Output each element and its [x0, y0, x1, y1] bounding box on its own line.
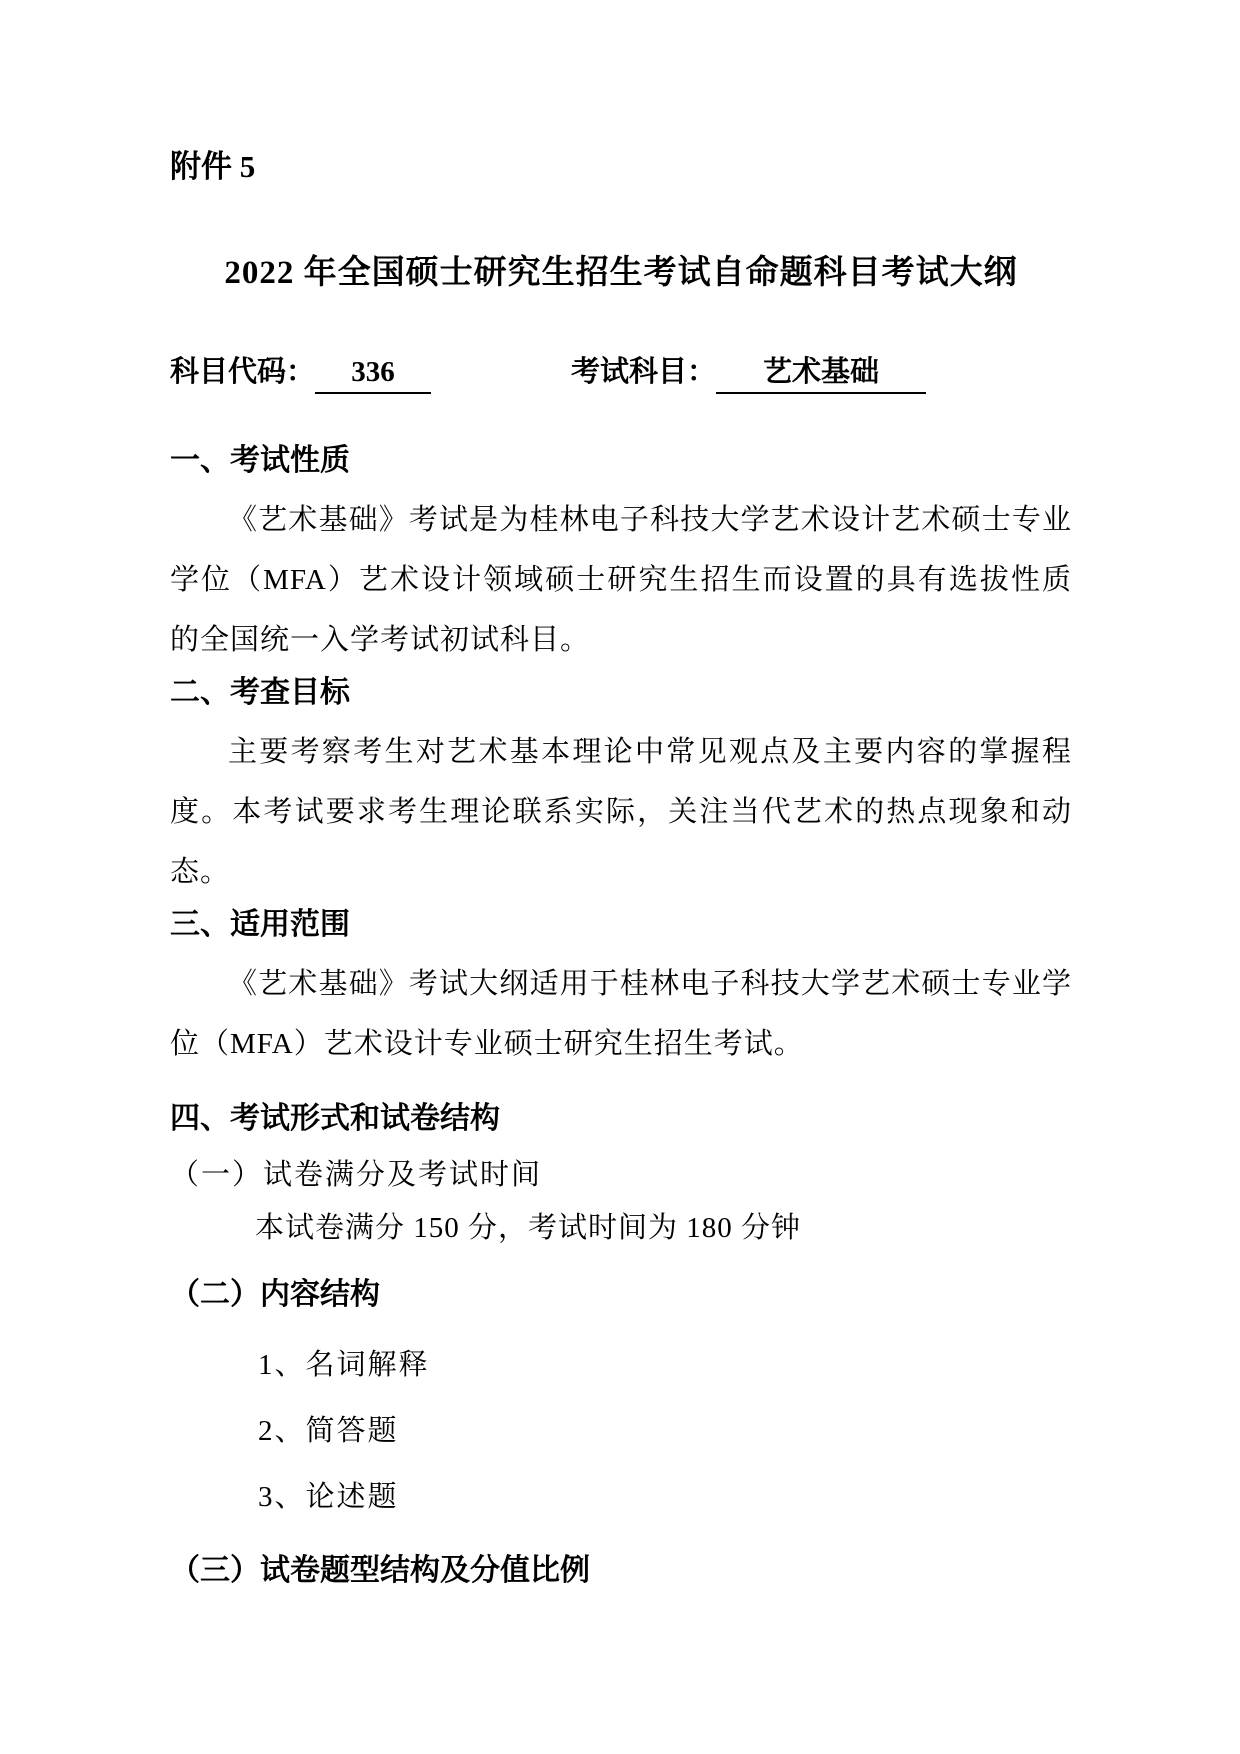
section-scope: 三、适用范围 《艺术基础》考试大纲适用于桂林电子科技大学艺术硕士专业学位（MFA…: [170, 902, 1072, 1074]
subject-code-value: 336: [315, 352, 431, 394]
document-page: 附件 5 2022 年全国硕士研究生招生考试自命题科目考试大纲 科目代码： 33…: [0, 0, 1240, 1754]
subsection-heading-content-structure: （二）内容结构: [170, 1272, 1072, 1318]
section-exam-objectives: 二、考查目标 主要考察考生对艺术基本理论中常见观点及主要内容的掌握程度。本考试要…: [170, 670, 1072, 902]
exam-subject-label: 考试科目：: [571, 350, 716, 394]
exam-subject-field: 考试科目： 艺术基础: [571, 350, 926, 394]
section-heading-1: 一、考试性质: [170, 438, 1072, 484]
list-item: 3、论述题: [170, 1464, 1072, 1530]
attachment-label: 附件 5: [170, 146, 1072, 188]
document-content: 附件 5 2022 年全国硕士研究生招生考试自命题科目考试大纲 科目代码： 33…: [170, 146, 1072, 1594]
subject-code-label: 科目代码：: [170, 350, 315, 394]
subsection-body-score-time: 本试卷满分 150 分，考试时间为 180 分钟: [170, 1198, 1072, 1258]
list-item: 2、简答题: [170, 1398, 1072, 1464]
subject-info-row: 科目代码： 336 考试科目： 艺术基础: [170, 350, 1072, 394]
section-paragraph: 《艺术基础》考试是为桂林电子科技大学艺术设计艺术硕士专业学位（MFA）艺术设计领…: [170, 490, 1072, 670]
content-structure-list: 1、名词解释 2、简答题 3、论述题: [170, 1332, 1072, 1530]
subsection-heading-score-time: （一）试卷满分及考试时间: [170, 1152, 1072, 1198]
list-item: 1、名词解释: [170, 1332, 1072, 1398]
section-heading-4: 四、考试形式和试卷结构: [170, 1096, 1072, 1142]
section-paragraph: 主要考察考生对艺术基本理论中常见观点及主要内容的掌握程度。本考试要求考生理论联系…: [170, 722, 1072, 902]
exam-subject-value: 艺术基础: [716, 352, 926, 394]
section-exam-nature: 一、考试性质 《艺术基础》考试是为桂林电子科技大学艺术设计艺术硕士专业学位（MF…: [170, 438, 1072, 670]
section-heading-2: 二、考查目标: [170, 670, 1072, 716]
section-exam-format: 四、考试形式和试卷结构 （一）试卷满分及考试时间 本试卷满分 150 分，考试时…: [170, 1096, 1072, 1594]
section-paragraph: 《艺术基础》考试大纲适用于桂林电子科技大学艺术硕士专业学位（MFA）艺术设计专业…: [170, 954, 1072, 1074]
page-title: 2022 年全国硕士研究生招生考试自命题科目考试大纲: [170, 250, 1072, 296]
subsection-heading-question-types: （三）试卷题型结构及分值比例: [170, 1548, 1072, 1594]
subject-code-field: 科目代码： 336: [170, 350, 431, 394]
section-heading-3: 三、适用范围: [170, 902, 1072, 948]
